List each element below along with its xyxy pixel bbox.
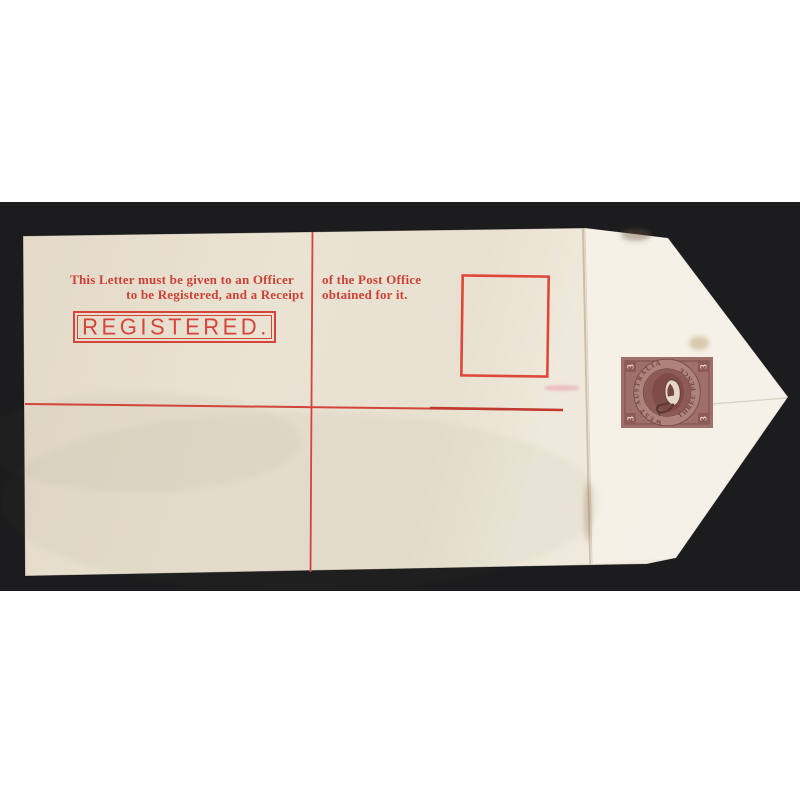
stain-above-stamp [689,336,709,350]
instruction-right-line2: obtained for it. [322,287,408,302]
registered-cachet-box: REGISTERED. [73,311,276,343]
envelope-graphic: 3 3 3 3 WEST AUSTRALIA THREE PENCE [0,202,800,591]
stamp-numeral-tl: 3 [626,416,636,421]
stain-top-edge [621,229,651,241]
instruction-left-line1: This Letter must be given to an Officer [60,272,304,287]
instruction-right-line1: of the Post Office [322,272,421,287]
stain-on-crease [584,482,592,542]
pink-smudge [544,385,580,391]
registered-cachet-inner-border: REGISTERED. [77,315,272,339]
registered-label: REGISTERED. [79,313,270,340]
stamp-numeral-bl: 3 [699,416,709,421]
photo-black-mat: 3 3 3 3 WEST AUSTRALIA THREE PENCE [0,202,800,591]
stamp: 3 3 3 3 WEST AUSTRALIA THREE PENCE [621,357,713,428]
instruction-left-line2: to be Registered, and a Receipt [60,287,304,302]
stamp-numeral-br: 3 [699,364,709,369]
stamp-numeral-tr: 3 [626,364,636,369]
